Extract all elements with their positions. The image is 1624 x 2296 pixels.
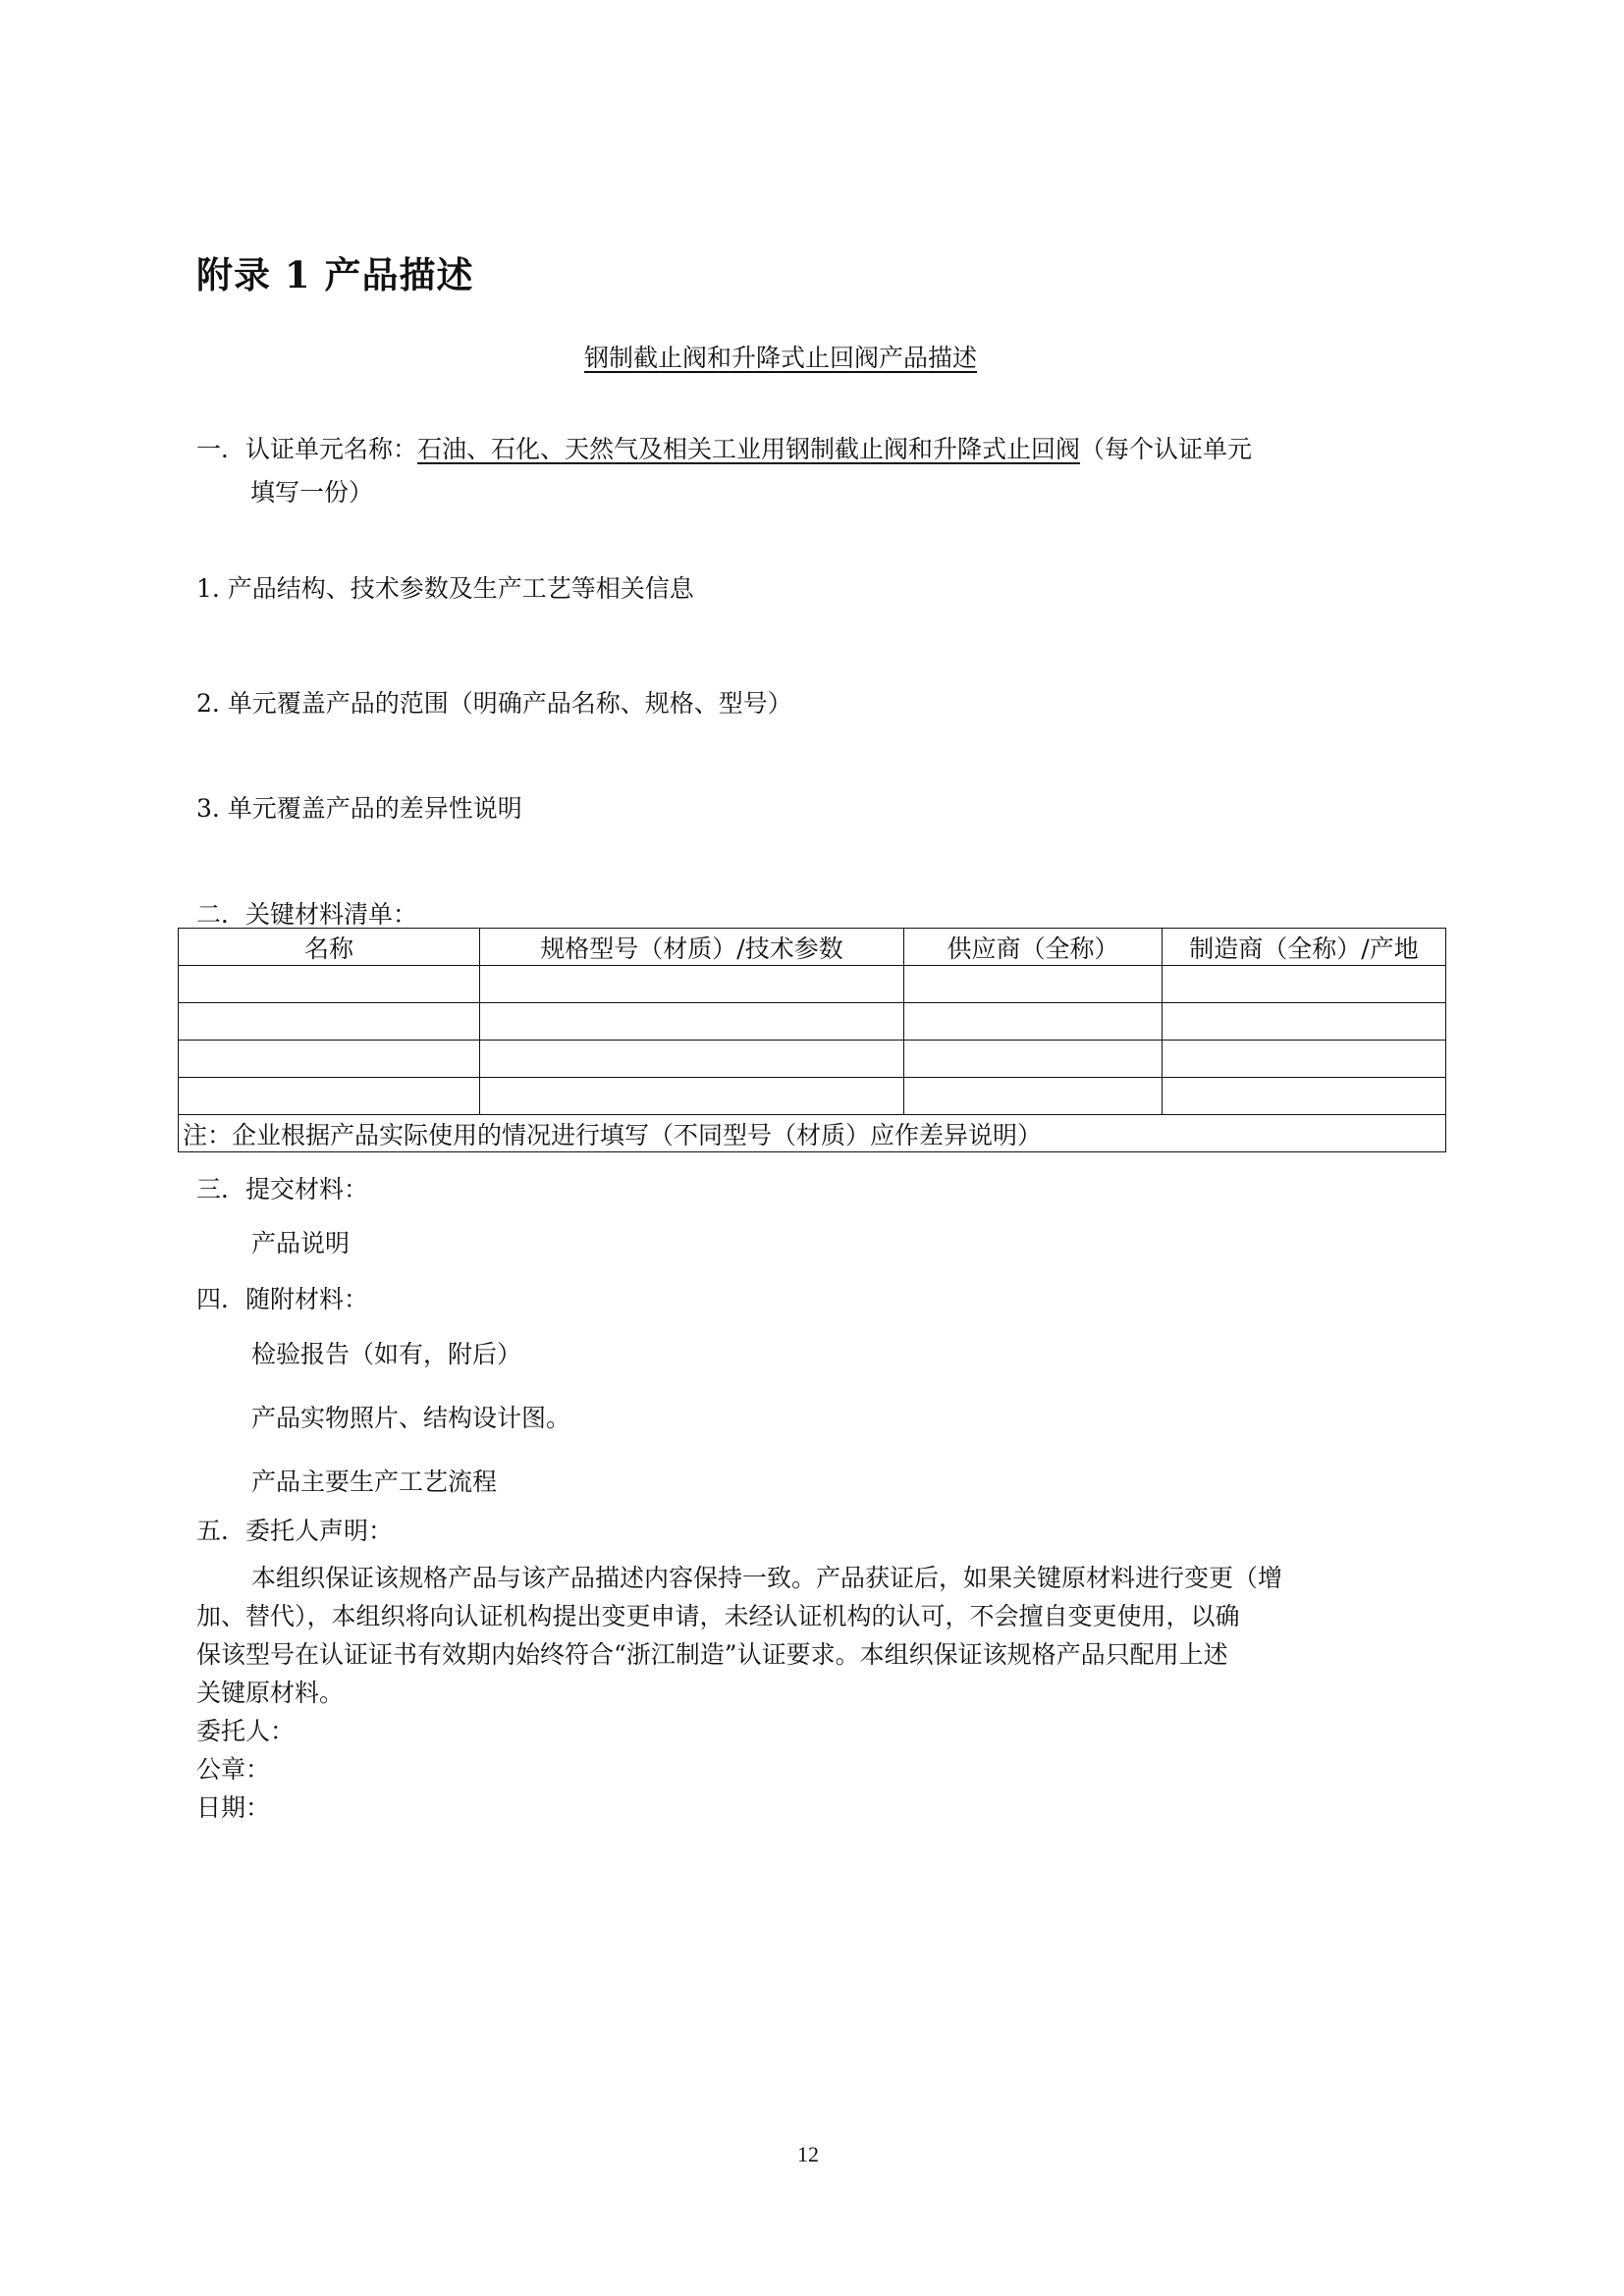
table-cell[interactable] — [480, 1003, 904, 1041]
section1-line1: 一．认证单元名称：石油、石化、天然气及相关工业用钢制截止阀和升降式止回阀（每个认… — [196, 430, 1252, 465]
section3-heading: 三．提交材料： — [196, 1170, 368, 1205]
declaration-line-4: 关键原材料。 — [196, 1674, 344, 1709]
table-cell[interactable] — [1163, 1078, 1446, 1115]
table-note: 注：企业根据产品实际使用的情况进行填写（不同型号（材质）应作差异说明） — [179, 1115, 1446, 1152]
section1-suffix: （每个认证单元 — [1080, 435, 1252, 463]
table-cell[interactable] — [904, 966, 1163, 1003]
section1-prefix: 一．认证单元名称： — [196, 435, 417, 463]
table-cell[interactable] — [1163, 966, 1446, 1003]
table-cell[interactable] — [480, 966, 904, 1003]
document-subtitle: 钢制截止阀和升降式止回阀产品描述 — [584, 339, 977, 374]
table-cell[interactable] — [1163, 1003, 1446, 1041]
section4-item-2: 产品实物照片、结构设计图。 — [251, 1399, 570, 1434]
table-cell[interactable] — [480, 1041, 904, 1078]
table-cell[interactable] — [179, 1041, 480, 1078]
table-row — [179, 966, 1446, 1003]
column-header-name: 名称 — [179, 929, 480, 966]
column-header-manufacturer: 制造商（全称）/产地 — [1163, 929, 1446, 966]
table-cell[interactable] — [179, 966, 480, 1003]
table-row — [179, 1078, 1446, 1115]
table-header-row: 名称 规格型号（材质）/技术参数 供应商（全称） 制造商（全称）/产地 — [179, 929, 1446, 966]
declaration-line-3: 保该型号在认证证书有效期内始终符合“浙江制造”认证要求。本组织保证该规格产品只配… — [196, 1635, 1228, 1671]
declaration-line-2: 加、替代），本组织将向认证机构提出变更申请，未经认证机构的认可，不会擅自变更使用… — [196, 1597, 1240, 1632]
table-note-row: 注：企业根据产品实际使用的情况进行填写（不同型号（材质）应作差异说明） — [179, 1115, 1446, 1152]
section1-item-3: 3. 单元覆盖产品的差异性说明 — [196, 789, 522, 825]
table-cell[interactable] — [480, 1078, 904, 1115]
column-header-supplier: 供应商（全称） — [904, 929, 1163, 966]
section1-item-2: 2. 单元覆盖产品的范围（明确产品名称、规格、型号） — [196, 684, 792, 720]
section4-item-3: 产品主要生产工艺流程 — [251, 1463, 497, 1498]
table-cell[interactable] — [179, 1003, 480, 1041]
signature-date: 日期： — [196, 1789, 270, 1824]
section4-item-1: 检验报告（如有，附后） — [251, 1335, 521, 1370]
table-cell[interactable] — [904, 1041, 1163, 1078]
table-cell[interactable] — [904, 1003, 1163, 1041]
section1-line2: 填写一份） — [250, 473, 373, 508]
section3-item-1: 产品说明 — [251, 1224, 350, 1259]
key-materials-table: 名称 规格型号（材质）/技术参数 供应商（全称） 制造商（全称）/产地 注：企业… — [178, 928, 1446, 1152]
declaration-line-1: 本组织保证该规格产品与该产品描述内容保持一致。产品获证后，如果关键原材料进行变更… — [251, 1559, 1282, 1594]
section4-heading: 四．随附材料： — [196, 1280, 368, 1315]
column-header-spec: 规格型号（材质）/技术参数 — [480, 929, 904, 966]
table-row — [179, 1003, 1446, 1041]
table-cell[interactable] — [179, 1078, 480, 1115]
table-cell[interactable] — [904, 1078, 1163, 1115]
table-row — [179, 1041, 1446, 1078]
table-cell[interactable] — [1163, 1041, 1446, 1078]
certification-unit-name: 石油、石化、天然气及相关工业用钢制截止阀和升降式止回阀 — [417, 435, 1080, 463]
page-number: 12 — [797, 2142, 819, 2167]
section5-heading: 五．委托人声明： — [196, 1512, 393, 1547]
appendix-title: 附录 1 产品描述 — [196, 245, 474, 298]
signature-client: 委托人： — [196, 1712, 295, 1747]
section1-item-1: 1. 产品结构、技术参数及生产工艺等相关信息 — [196, 569, 694, 605]
signature-seal: 公章： — [196, 1750, 270, 1786]
section2-heading: 二．关键材料清单： — [196, 895, 417, 931]
